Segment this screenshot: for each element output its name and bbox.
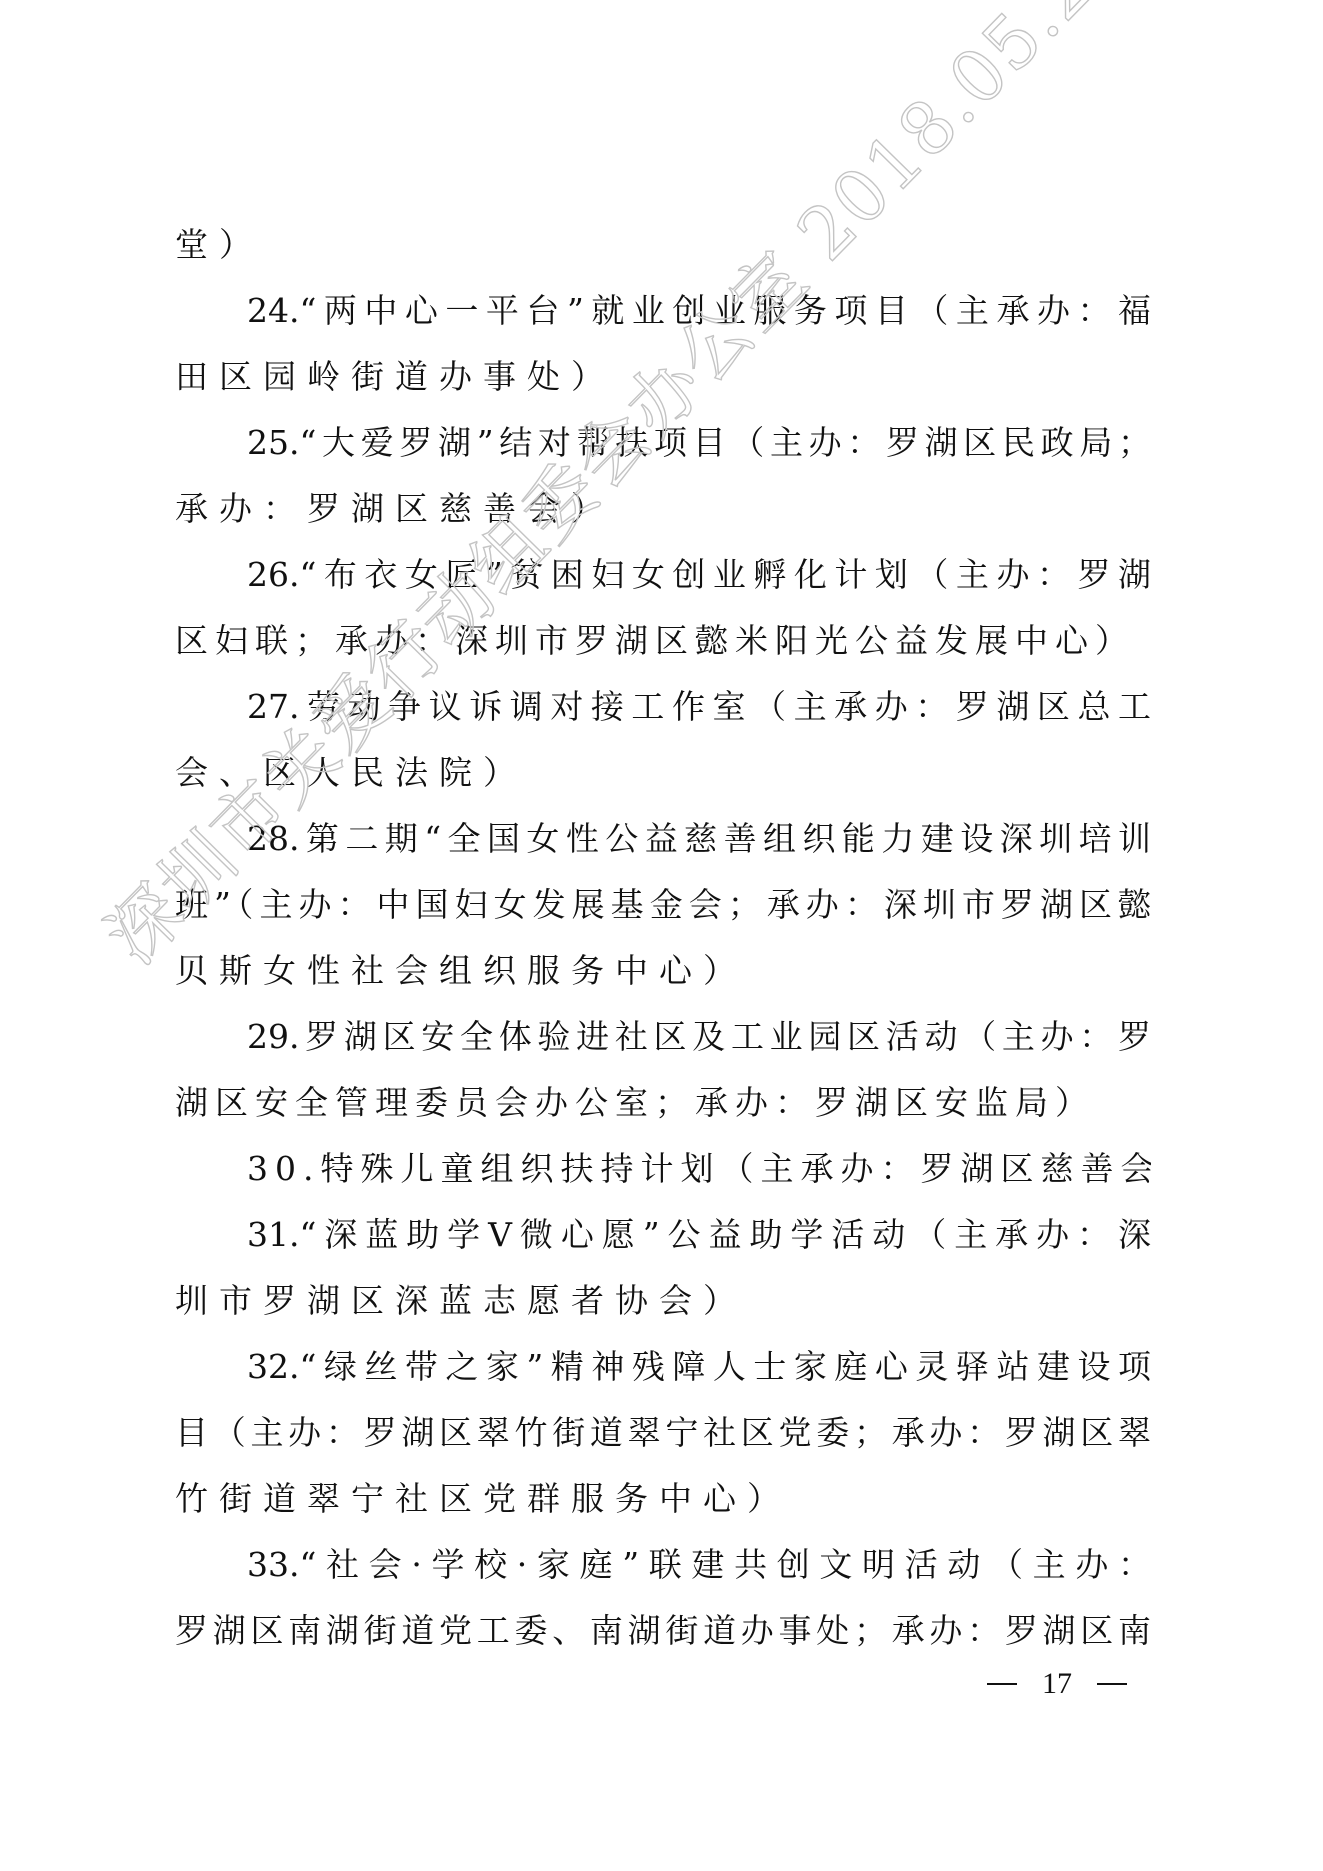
text-line-continuation: 会、区人民法院） <box>175 740 1151 806</box>
list-item-28: 28.第二期“全国女性公益慈善组织能力建设深圳培训 <box>175 806 1151 872</box>
page-number-value: 17 <box>1042 1662 1072 1706</box>
text-line-continuation: 堂） <box>175 212 1151 278</box>
text-line-continuation: 承办：罗湖区慈善会） <box>175 476 1151 542</box>
list-item-25: 25.“大爱罗湖”结对帮扶项目（主办：罗湖区民政局； <box>175 410 1151 476</box>
text-line-continuation: 目（主办：罗湖区翠竹街道翠宁社区党委；承办：罗湖区翠 <box>175 1400 1151 1466</box>
text-line-continuation: 班”（主办：中国妇女发展基金会；承办：深圳市罗湖区懿 <box>175 872 1151 938</box>
text-line-continuation: 竹街道翠宁社区党群服务中心） <box>175 1466 1151 1532</box>
text-line-continuation: 罗湖区南湖街道党工委、南湖街道办事处；承办：罗湖区南 <box>175 1598 1151 1664</box>
document-page: 堂） 24.“两中心一平台”就业创业服务项目（主承办：福 田区园岭街道办事处） … <box>0 0 1323 1871</box>
list-item-33: 33.“社会·学校·家庭”联建共创文明活动（主办： <box>175 1532 1151 1598</box>
page-number: 17 <box>987 1662 1127 1706</box>
list-item-31: 31.“深蓝助学V微心愿”公益助学活动（主承办：深 <box>175 1202 1151 1268</box>
document-body: 堂） 24.“两中心一平台”就业创业服务项目（主承办：福 田区园岭街道办事处） … <box>175 212 1151 1664</box>
page-number-left-dash <box>987 1683 1017 1685</box>
list-item-32: 32.“绿丝带之家”精神残障人士家庭心灵驿站建设项 <box>175 1334 1151 1400</box>
list-item-27: 27.劳动争议诉调对接工作室（主承办：罗湖区总工 <box>175 674 1151 740</box>
text-line-continuation: 圳市罗湖区深蓝志愿者协会） <box>175 1268 1151 1334</box>
list-item-26: 26.“布衣女匠”贫困妇女创业孵化计划（主办：罗湖 <box>175 542 1151 608</box>
text-line-continuation: 田区园岭街道办事处） <box>175 344 1151 410</box>
list-item-24: 24.“两中心一平台”就业创业服务项目（主承办：福 <box>175 278 1151 344</box>
list-item-29: 29.罗湖区安全体验进社区及工业园区活动（主办：罗 <box>175 1004 1151 1070</box>
text-line-continuation: 贝斯女性社会组织服务中心） <box>175 938 1151 1004</box>
text-line-continuation: 湖区安全管理委员会办公室；承办：罗湖区安监局） <box>175 1070 1151 1136</box>
page-number-right-dash <box>1097 1683 1127 1685</box>
list-item-30: 30.特殊儿童组织扶持计划（主承办：罗湖区慈善会） <box>175 1136 1151 1202</box>
text-line-continuation: 区妇联；承办：深圳市罗湖区懿米阳光公益发展中心） <box>175 608 1151 674</box>
